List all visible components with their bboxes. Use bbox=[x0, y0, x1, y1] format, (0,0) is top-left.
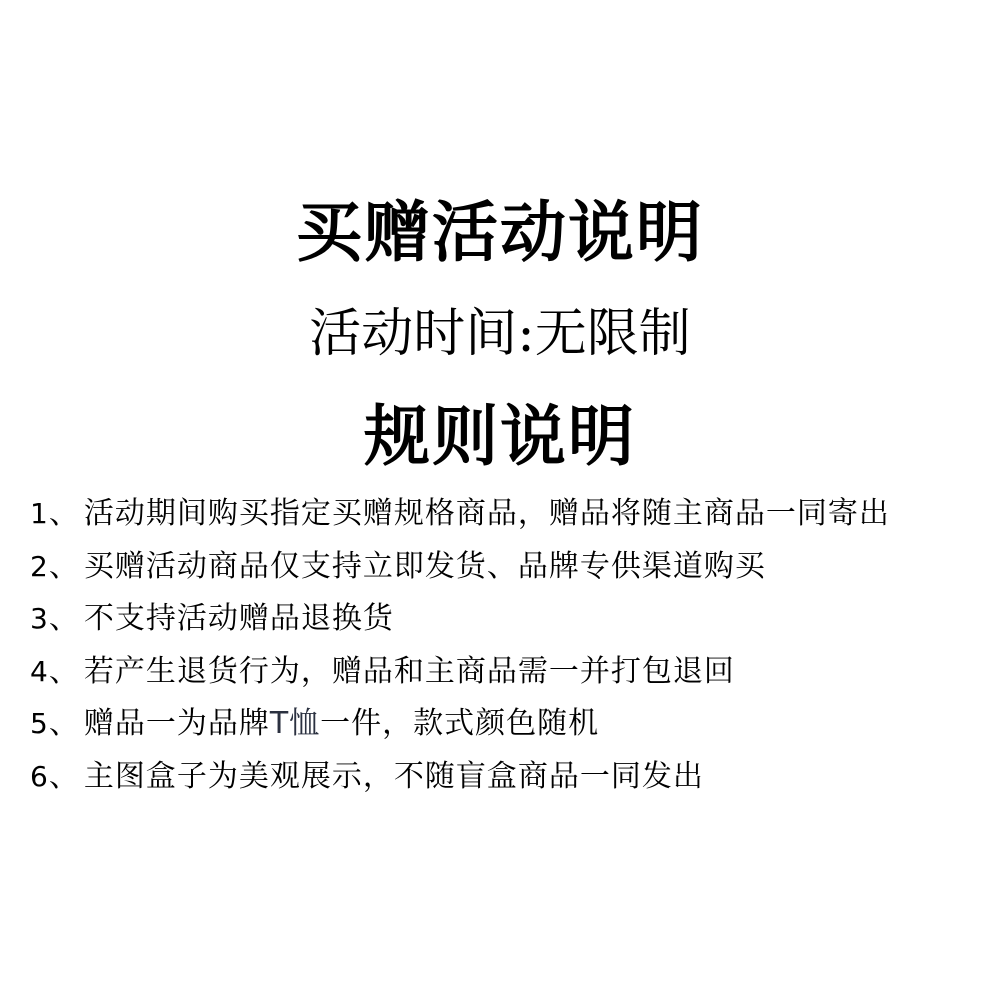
rule-number: 1 bbox=[30, 497, 49, 530]
rule-text: 若产生退货行为，赠品和主商品需一并打包退回 bbox=[84, 654, 735, 689]
rule-number: 3 bbox=[30, 602, 49, 635]
rule-text: 赠品一为品牌 bbox=[84, 706, 270, 741]
rules-heading: 规则说明 bbox=[0, 396, 1000, 476]
rule-text: 一件，款式颜色随机 bbox=[320, 706, 599, 741]
rule-number: 6 bbox=[30, 760, 49, 793]
rule-item-4: 4、若产生退货行为，赠品和主商品需一并打包退回 bbox=[30, 646, 890, 699]
activity-time: 活动时间:无限制 bbox=[0, 302, 1000, 366]
rule-text-tshirt: T恤 bbox=[270, 706, 320, 741]
rules-list: 1、活动期间购买指定买赠规格商品，赠品将随主商品一同寄出 2、买赠活动商品仅支持… bbox=[30, 488, 890, 803]
rule-item-2: 2、买赠活动商品仅支持立即发货、品牌专供渠道购买 bbox=[30, 541, 890, 594]
rule-text: 买赠活动商品仅支持立即发货、品牌专供渠道购买 bbox=[84, 549, 766, 584]
rule-separator: 、 bbox=[49, 654, 80, 689]
rule-item-3: 3、不支持活动赠品退换货 bbox=[30, 593, 890, 646]
rule-text: 不支持活动赠品退换货 bbox=[84, 601, 394, 636]
rule-separator: 、 bbox=[49, 549, 80, 584]
rule-item-6: 6、主图盒子为美观展示，不随盲盒商品一同发出 bbox=[30, 751, 890, 804]
rule-separator: 、 bbox=[49, 706, 80, 741]
rule-text: 主图盒子为美观展示，不随盲盒商品一同发出 bbox=[84, 759, 704, 794]
rule-separator: 、 bbox=[49, 601, 80, 636]
rule-text: 活动期间购买指定买赠规格商品，赠品将随主商品一同寄出 bbox=[84, 496, 890, 531]
rule-item-5: 5、赠品一为品牌T恤一件，款式颜色随机 bbox=[30, 698, 890, 751]
rule-separator: 、 bbox=[49, 759, 80, 794]
rule-number: 2 bbox=[30, 550, 49, 583]
page-title: 买赠活动说明 bbox=[0, 192, 1000, 272]
rule-separator: 、 bbox=[49, 496, 80, 531]
rule-number: 4 bbox=[30, 655, 49, 688]
rule-item-1: 1、活动期间购买指定买赠规格商品，赠品将随主商品一同寄出 bbox=[30, 488, 890, 541]
rule-number: 5 bbox=[30, 707, 49, 740]
